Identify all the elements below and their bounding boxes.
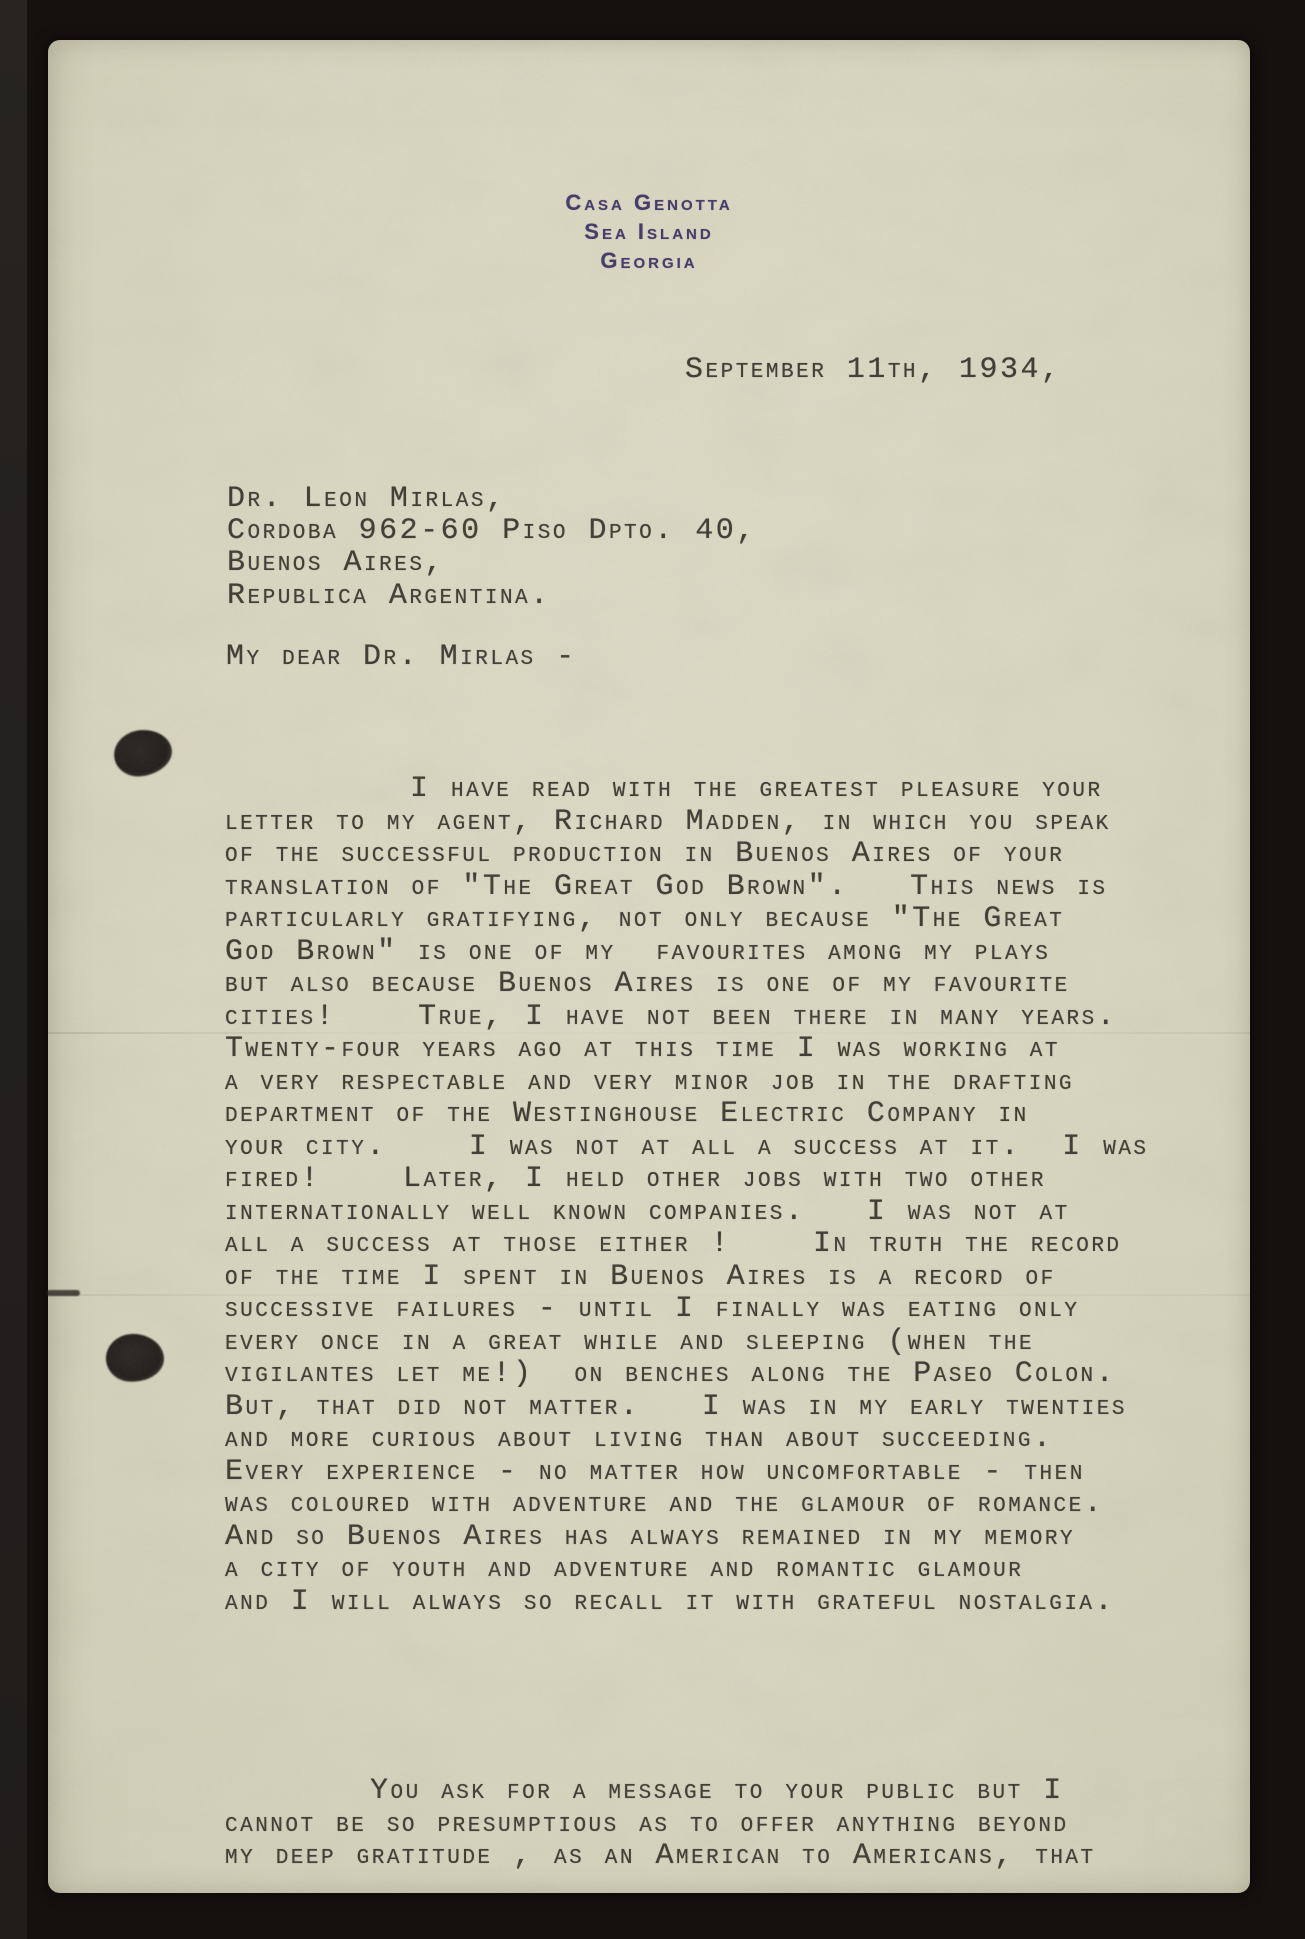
letter-line: Every experience - no matter how uncomfo… xyxy=(225,1456,1149,1489)
hole-punch-top xyxy=(112,727,174,779)
letter-line: and I will always so recall it with grat… xyxy=(225,1586,1149,1619)
letter-line: translation of "The Great God Brown". Th… xyxy=(225,871,1149,904)
letter-line: You ask for a message to your public but… xyxy=(225,1775,1149,1808)
letter-line: Twenty-four years ago at this time I was… xyxy=(225,1033,1149,1066)
letter-line: cities! True, I have not been there in m… xyxy=(225,1001,1149,1034)
address-line: Republica Argentina. xyxy=(227,580,757,612)
letter-line: but also because Buenos Aires is one of … xyxy=(225,968,1149,1001)
letter-line: was coloured with adventure and the glam… xyxy=(225,1488,1149,1521)
letter-line: particularly gratifying, not only becaus… xyxy=(225,903,1149,936)
letter-line: letter to my agent, Richard Madden, in w… xyxy=(225,806,1149,839)
letter-line: my deep gratitude , as an American to Am… xyxy=(225,1840,1149,1873)
letter-line: And so Buenos Aires has always remained … xyxy=(225,1521,1149,1554)
letter-line: cannot be so presumptious as to offer an… xyxy=(225,1808,1149,1841)
letter-line: all a success at those either ! In truth… xyxy=(225,1228,1149,1261)
recipient-address: Dr. Leon Mirlas,Cordoba 962-60 Piso Dpto… xyxy=(227,483,757,612)
letter-line: internationally well known companies. I … xyxy=(225,1196,1149,1229)
letterhead: Casa Genotta Sea Island Georgia xyxy=(48,188,1250,275)
letter-line: fired! Later, I held other jobs with two… xyxy=(225,1163,1149,1196)
edge-notch xyxy=(46,1290,80,1296)
letter-body: I have read with the greatest pleasure y… xyxy=(225,708,1149,1938)
address-line: Cordoba 962-60 Piso Dpto. 40, xyxy=(227,515,757,547)
letterhead-line-3: Georgia xyxy=(48,246,1250,275)
body-paragraph-1: I have read with the greatest pleasure y… xyxy=(225,773,1149,1618)
paragraph-gap xyxy=(225,1683,1149,1710)
letterhead-line-1: Casa Genotta xyxy=(48,188,1250,217)
hole-punch-bottom xyxy=(104,1332,165,1384)
address-line: Buenos Aires, xyxy=(227,547,757,579)
address-line: Dr. Leon Mirlas, xyxy=(227,483,757,515)
letter-line: I have read with the greatest pleasure y… xyxy=(225,773,1149,806)
letterhead-line-2: Sea Island xyxy=(48,217,1250,246)
letter-line: your city. I was not at all a success at… xyxy=(225,1131,1149,1164)
letter-line: and more curious about living than about… xyxy=(225,1423,1149,1456)
letter-line: of the time I spent in Buenos Aires is a… xyxy=(225,1261,1149,1294)
date-line: September 11th, 1934, xyxy=(685,353,1062,387)
letter-line: a city of youth and adventure and romant… xyxy=(225,1553,1149,1586)
letter-line: every once in a great while and sleeping… xyxy=(225,1326,1149,1359)
letter-line: department of the Westinghouse Electric … xyxy=(225,1098,1149,1131)
scan-backdrop: { "colors": { "backdrop": "#14110f", "pa… xyxy=(0,0,1305,1939)
body-paragraph-2: You ask for a message to your public but… xyxy=(225,1775,1149,1873)
letter-line: vigilantes let me!) on benches along the… xyxy=(225,1358,1149,1391)
letter-line: a very respectable and very minor job in… xyxy=(225,1066,1149,1099)
letter-line: God Brown" is one of my favourites among… xyxy=(225,936,1149,969)
letter-page: Casa Genotta Sea Island Georgia Septembe… xyxy=(48,40,1250,1893)
letter-line: But, that did not matter. I was in my ea… xyxy=(225,1391,1149,1424)
scan-edge-strip xyxy=(0,0,27,1939)
letter-line: successive failures - until I finally wa… xyxy=(225,1293,1149,1326)
letter-line: of the successful production in Buenos A… xyxy=(225,838,1149,871)
salutation: My dear Dr. Mirlas - xyxy=(226,640,577,674)
